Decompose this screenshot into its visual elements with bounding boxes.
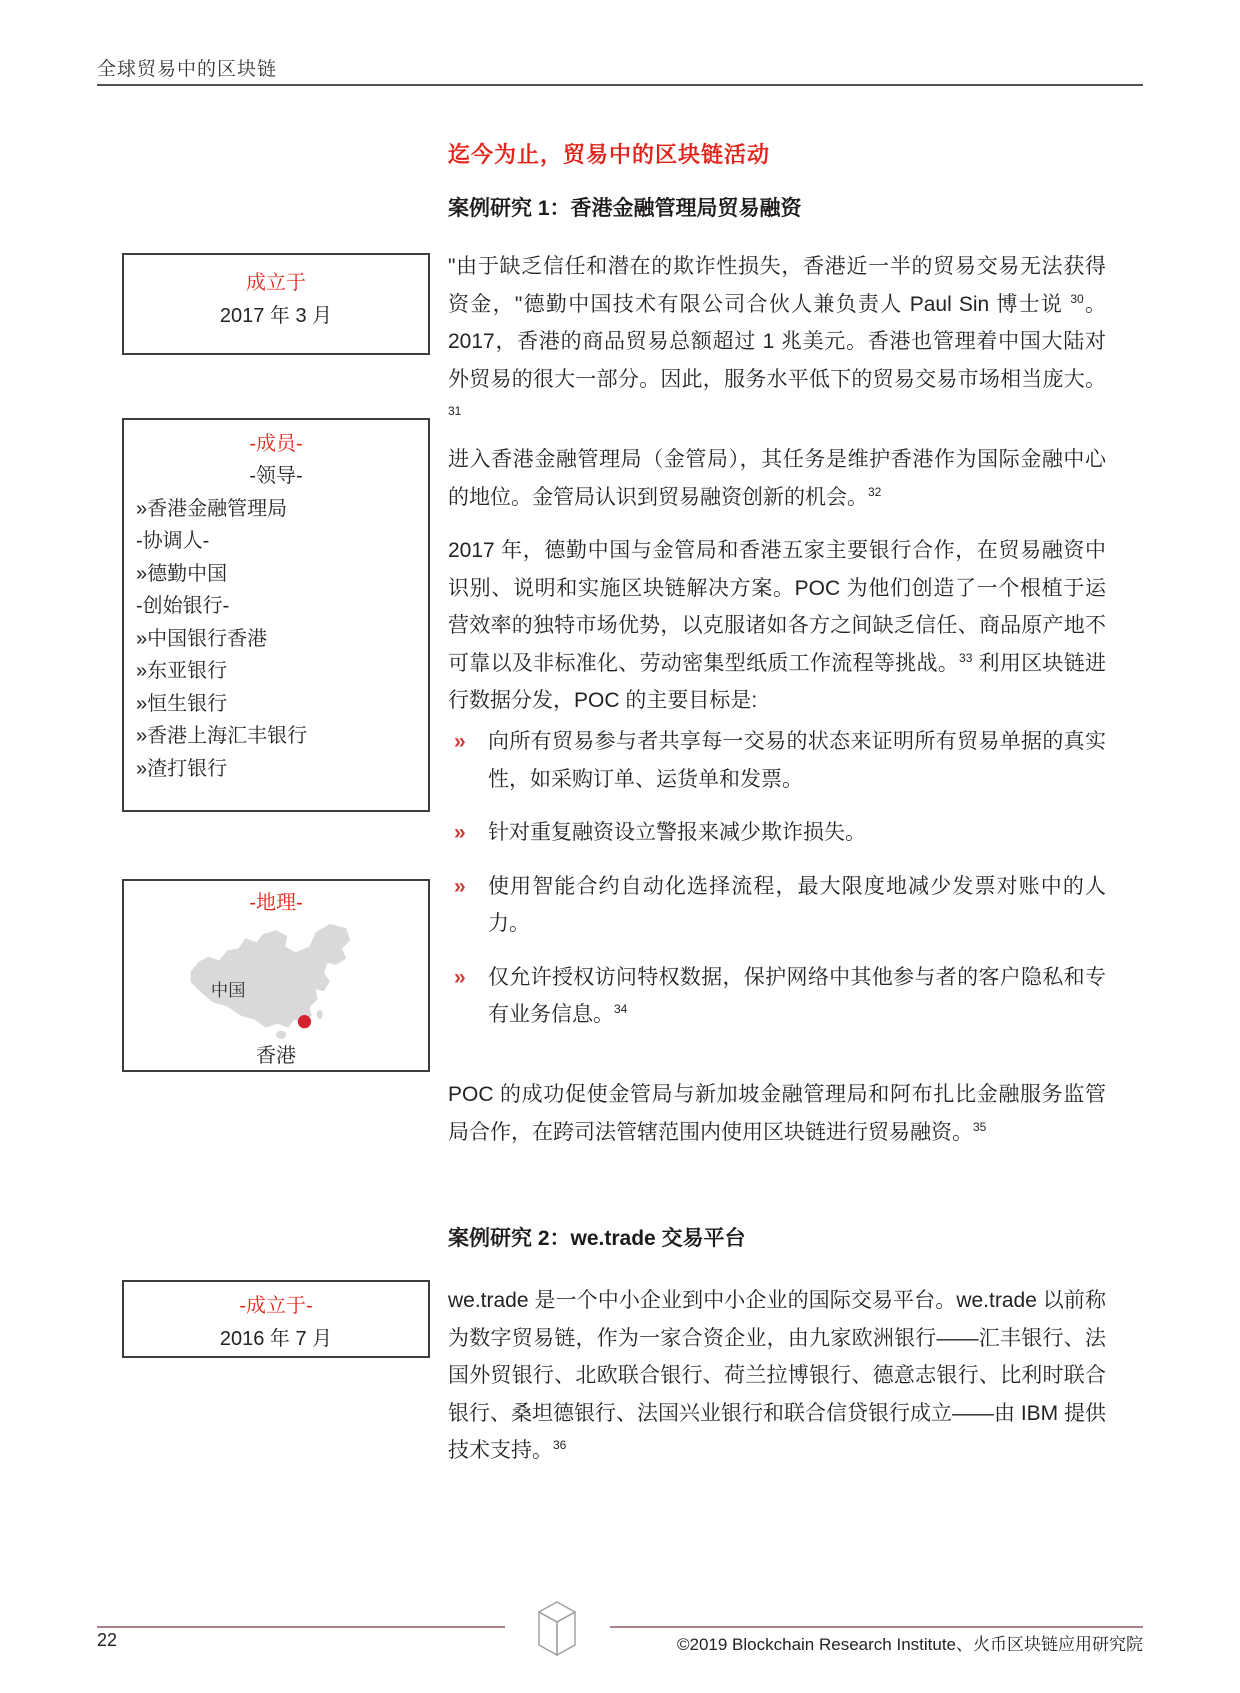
paragraph-2: 进入香港金融管理局（金管局），其任务是维护香港作为国际金融中心的地位。金管局认识… bbox=[448, 441, 1106, 516]
member-item: »香港上海汇丰银行 bbox=[124, 720, 428, 753]
bullet-text: 使用智能合约自动化选择流程，最大限度地减少发票对账中的人力。 bbox=[488, 875, 1106, 936]
china-silhouette bbox=[191, 924, 351, 1028]
footer-divider-left bbox=[97, 1626, 505, 1628]
member-item: »中国银行香港 bbox=[124, 623, 428, 656]
country-label: 中国 bbox=[211, 980, 246, 1000]
paragraph-5: we.trade 是一个中小企业到中小企业的国际交易平台。we.trade 以前… bbox=[448, 1282, 1106, 1470]
hong-kong-marker bbox=[298, 1015, 311, 1028]
bullet-text: 向所有贸易参与者共享每一交易的状态来证明所有贸易单据的真实性，如采购订单、运货单… bbox=[488, 730, 1106, 791]
header-divider bbox=[97, 84, 1143, 86]
member-item: »恒生银行 bbox=[124, 688, 428, 721]
member-item: -创始银行- bbox=[124, 590, 428, 623]
founded-box-1: 成立于 2017 年 3 月 bbox=[122, 253, 430, 355]
page-number: 22 bbox=[97, 1630, 117, 1651]
bullet-marker: » bbox=[454, 959, 466, 997]
city-label: 香港 bbox=[124, 1043, 428, 1069]
hainan-island bbox=[276, 1031, 286, 1039]
document-page: 全球贸易中的区块链 成立于 2017 年 3 月 -成员- -领导- »香港金融… bbox=[0, 0, 1240, 1693]
bullet-item: » 使用智能合约自动化选择流程，最大限度地减少发票对账中的人力。 bbox=[448, 868, 1106, 943]
footer-divider-right bbox=[610, 1626, 1143, 1628]
copyright-text: ©2019 Blockchain Research Institute、火币区块… bbox=[677, 1630, 1143, 1655]
member-item: -协调人- bbox=[124, 525, 428, 558]
bullet-marker: » bbox=[454, 723, 466, 761]
bullet-item: » 向所有贸易参与者共享每一交易的状态来证明所有贸易单据的真实性，如采购订单、运… bbox=[448, 723, 1106, 798]
paragraph-4: POC 的成功促使金管局与新加坡金融管理局和阿布扎比金融服务监管局合作，在跨司法… bbox=[448, 1076, 1106, 1151]
founded-box-1-label: 成立于 bbox=[124, 267, 428, 299]
member-item: »渣打银行 bbox=[124, 753, 428, 786]
founded-box-1-value: 2017 年 3 月 bbox=[124, 299, 428, 333]
founded-box-2: -成立于- 2016 年 7 月 bbox=[122, 1280, 430, 1358]
geography-box: -地理- 中国 香港 bbox=[122, 879, 430, 1072]
paragraph-3: 2017 年，德勤中国与金管局和香港五家主要银行合作，在贸易融资中识别、说明和实… bbox=[448, 532, 1106, 720]
bullet-item: » 针对重复融资设立警报来减少欺诈损失。 bbox=[448, 814, 1106, 852]
bullet-text: 仅允许授权访问特权数据，保护网络中其他参与者的客户隐私和专有业务信息。34 bbox=[488, 966, 1106, 1027]
paragraph-1: "由于缺乏信任和潜在的欺诈性损失，香港近一半的贸易交易无法获得资金，"德勤中国技… bbox=[448, 248, 1106, 436]
bullet-item: » 仅允许授权访问特权数据，保护网络中其他参与者的客户隐私和专有业务信息。34 bbox=[448, 959, 1106, 1034]
bullet-marker: » bbox=[454, 814, 466, 852]
bullet-text: 针对重复融资设立警报来减少欺诈损失。 bbox=[488, 821, 866, 844]
case-study-1-title: 案例研究 1：香港金融管理局贸易融资 bbox=[448, 192, 802, 222]
section-title: 迄今为止，贸易中的区块链活动 bbox=[448, 138, 770, 169]
member-item: -领导- bbox=[124, 460, 428, 493]
bullet-marker: » bbox=[454, 868, 466, 906]
page-header-title: 全球贸易中的区块链 bbox=[97, 54, 277, 81]
taiwan-island bbox=[317, 1010, 323, 1019]
members-box: -成员- -领导- »香港金融管理局 -协调人- »德勤中国 -创始银行- »中… bbox=[122, 418, 430, 812]
founded-box-2-value: 2016 年 7 月 bbox=[124, 1322, 428, 1356]
china-map: 中国 bbox=[171, 921, 381, 1043]
member-item: »香港金融管理局 bbox=[124, 493, 428, 526]
bullet-list: » 向所有贸易参与者共享每一交易的状态来证明所有贸易单据的真实性，如采购订单、运… bbox=[448, 723, 1106, 1050]
members-box-title: -成员- bbox=[124, 428, 428, 460]
case-study-2-title: 案例研究 2：we.trade 交易平台 bbox=[448, 1222, 746, 1252]
cube-logo-icon bbox=[535, 1600, 579, 1658]
founded-box-2-label: -成立于- bbox=[124, 1290, 428, 1322]
member-item: »德勤中国 bbox=[124, 558, 428, 591]
geography-box-title: -地理- bbox=[124, 887, 428, 919]
member-item: »东亚银行 bbox=[124, 655, 428, 688]
